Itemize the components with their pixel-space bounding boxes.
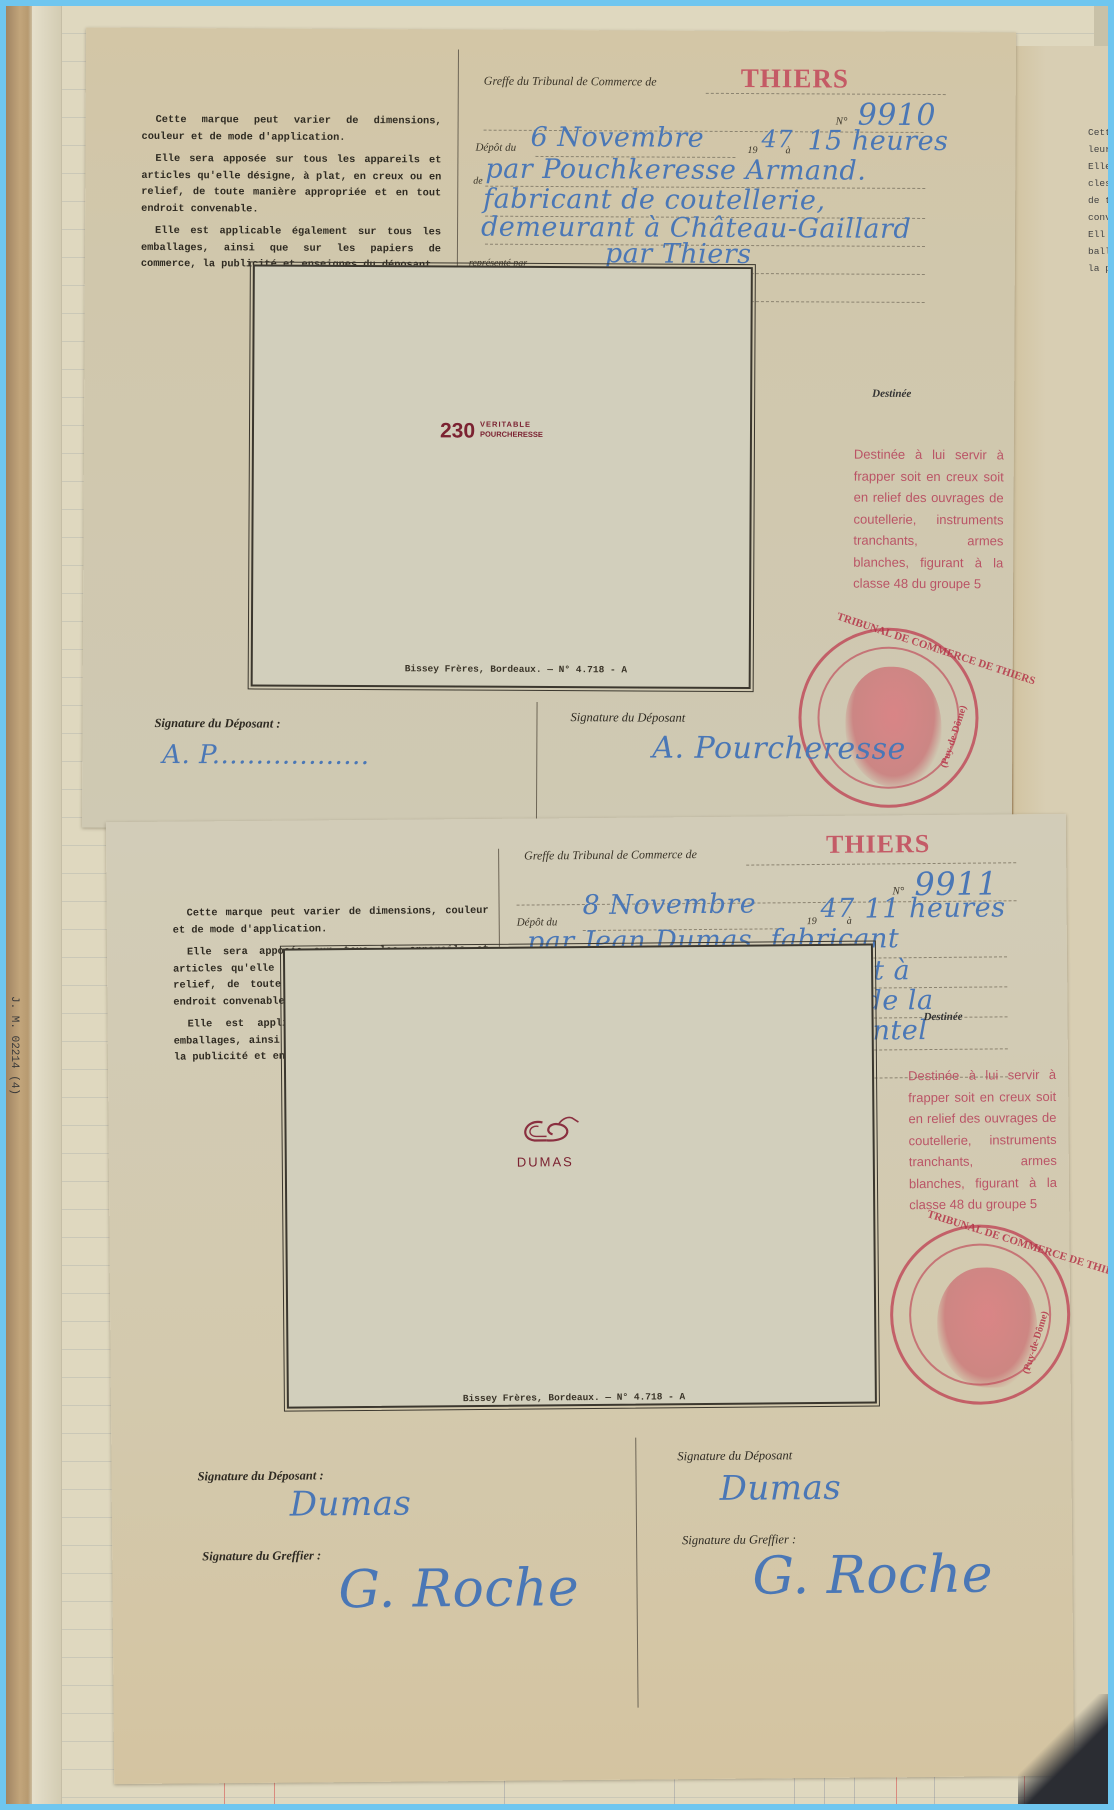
depot-date: 6 Novembre [530, 122, 704, 154]
seal-figure-icon [937, 1267, 1038, 1388]
deposant-signature-right: A. Pourcheresse [652, 731, 906, 767]
ledger-left-edge [32, 6, 62, 1804]
destinee-heading: Destinée [872, 388, 911, 400]
tribunal-seal: TRIBUNAL DE COMMERCE DE THIERS (Puy-de-D… [889, 1224, 1071, 1406]
greffe-label: Greffe du Tribunal de Commerce de [524, 847, 697, 864]
adjacent-form-text: Cett leur e Elle cles q de to conve Ell … [1088, 124, 1108, 277]
destinee-text: Destinée à lui servir à frapper soit en … [853, 444, 1004, 595]
deposant-signature-label: Signature du Déposant : [154, 716, 280, 732]
deposant-signature-label-right: Signature du Déposant [570, 710, 685, 726]
trademark-specimen-box: 230 VERITABLE POURCHERESSE Bissey Frères… [251, 264, 753, 689]
trademark-deposit-form-9911: Cette marque peut varier de dimensions, … [106, 814, 1074, 1784]
deposant-signature-label-right: Signature du Déposant [677, 1448, 792, 1464]
ledger-spine-label: J. M. 02214 (4) [8, 996, 20, 1095]
trademark-deposit-form-9910: Cette marque peut varier de dimensions, … [82, 28, 1016, 833]
city-stamp: THIERS [826, 829, 931, 860]
deposant-signature-label: Signature du Déposant : [197, 1468, 323, 1484]
greffier-signature: G. Roche [338, 1558, 579, 1620]
destinee-heading: Destinée [924, 1011, 963, 1023]
mark-line-2: POURCHERESSE [480, 430, 543, 439]
greffier-signature-label: Signature du Greffier : [202, 1548, 321, 1564]
depot-time: 11 heures [864, 892, 1005, 924]
deposant-signature: A. P.................. [162, 740, 369, 771]
depositor-line-4: par Thiers [605, 238, 752, 270]
city-stamp: THIERS [741, 63, 849, 95]
archive-photo: J. M. 02214 (4) Cett leur e Elle cles q … [6, 6, 1108, 1804]
seal-figure-icon [845, 667, 942, 788]
book-cover-corner [1018, 1694, 1108, 1804]
deposant-signature-right: Dumas [719, 1468, 841, 1509]
greffe-label: Greffe du Tribunal de Commerce de [484, 74, 657, 90]
greffier-signature-right: G. Roche [752, 1544, 993, 1606]
depot-date: 8 Novembre [582, 889, 756, 922]
depot-label: Dépôt du [475, 142, 516, 154]
brand-name: DUMAS [517, 1154, 574, 1169]
printer-imprint: Bissey Frères, Bordeaux. — N° 4.718 - A [405, 663, 627, 675]
destinee-text: Destinée à lui servir à frapper soit en … [908, 1064, 1057, 1216]
serpent-logo-icon [512, 1112, 582, 1153]
trademark-specimen-box: DUMAS Bissey Frères, Bordeaux. — N° 4.71… [283, 944, 877, 1409]
depositor-line-1: par Pouchkeresse Armand. [485, 154, 866, 187]
printer-imprint: Bissey Frères, Bordeaux. — N° 4.718 - A [463, 1391, 685, 1404]
mark-number: 230 [440, 419, 475, 443]
mark-line-1: VERITABLE [480, 420, 531, 429]
usage-notice: Cette marque peut varier de dimensions, … [141, 112, 442, 280]
depot-time: 15 heures [807, 125, 948, 157]
tribunal-seal: TRIBUNAL DE COMMERCE DE THIERS (Puy-de-D… [798, 627, 979, 808]
deposant-signature: Dumas [290, 1484, 412, 1525]
